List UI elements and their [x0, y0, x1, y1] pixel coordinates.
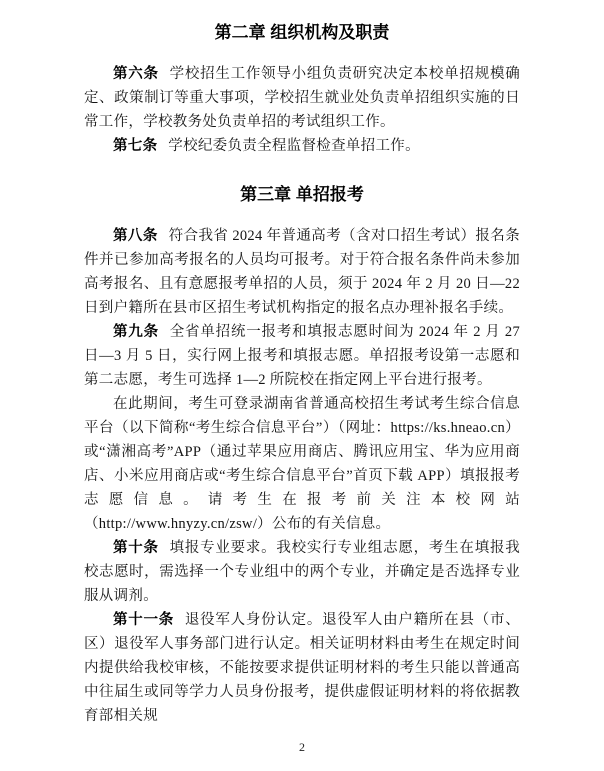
chapter-heading: 第三章 单招报考 [84, 176, 520, 208]
article-paragraph: 第八条符合我省 2024 年普通高考（含对口招生考试）报名条件并已参加高考报名的… [84, 224, 520, 320]
article-number: 第九条 [113, 324, 159, 340]
article-text: 退役军人身份认定。退役军人由户籍所在县（市、区）退役军人事务部门进行认定。相关证… [84, 612, 520, 724]
page-number: 2 [0, 740, 604, 755]
document-page: 第二章 组织机构及职责 第六条学校招生工作领导小组负责研究决定本校单招规模确定、… [0, 0, 604, 771]
article-paragraph: 第七条学校纪委负责全程监督检查单招工作。 [84, 134, 520, 158]
chapter-3-section: 第三章 单招报考 第八条符合我省 2024 年普通高考（含对口招生考试）报名条件… [84, 176, 520, 728]
article-paragraph: 第十条填报专业要求。我校实行专业组志愿，考生在填报我校志愿时，需选择一个专业组中… [84, 536, 520, 608]
chapter-2-section: 第二章 组织机构及职责 第六条学校招生工作领导小组负责研究决定本校单招规模确定、… [84, 14, 520, 158]
chapter-heading: 第二章 组织机构及职责 [84, 14, 520, 46]
article-paragraph: 第六条学校招生工作领导小组负责研究决定本校单招规模确定、政策制订等重大事项，学校… [84, 62, 520, 134]
article-number: 第八条 [113, 228, 158, 244]
article-number: 第六条 [113, 66, 159, 82]
article-paragraph: 第十一条退役军人身份认定。退役军人由户籍所在县（市、区）退役军人事务部门进行认定… [84, 608, 520, 728]
article-text: 学校纪委负责全程监督检查单招工作。 [168, 138, 420, 154]
article-number: 第十一条 [113, 612, 174, 628]
article-paragraph: 在此期间，考生可登录湖南省普通高校招生考试考生综合信息平台（以下简称“考生综合信… [84, 392, 520, 536]
article-number: 第十条 [113, 540, 159, 556]
article-text: 在此期间，考生可登录湖南省普通高校招生考试考生综合信息平台（以下简称“考生综合信… [84, 396, 520, 532]
article-number: 第七条 [113, 138, 157, 154]
article-paragraph: 第九条全省单招统一报考和填报志愿时间为 2024 年 2 月 27 日—3 月 … [84, 320, 520, 392]
